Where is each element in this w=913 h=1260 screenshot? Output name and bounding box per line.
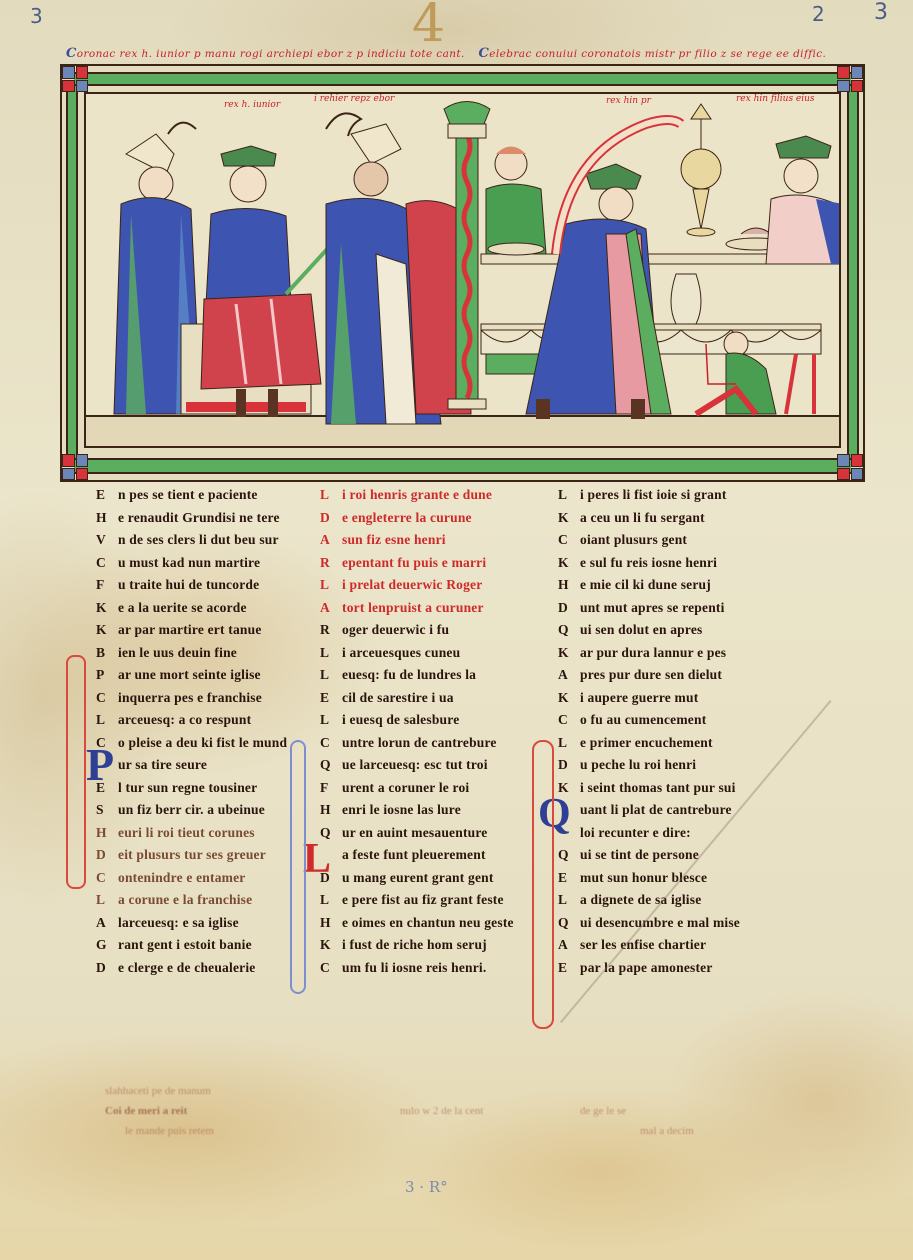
verse-initial: C: [558, 529, 580, 552]
verse-text: enri le iosne las lure: [342, 802, 461, 817]
verse-line: Heuri li roi tieut corunes: [96, 822, 287, 845]
verse-text: oiant plusurs gent: [580, 532, 687, 547]
verse-line: Ki aupere guerre mut: [558, 687, 740, 710]
verse-text: tort lenpruist a curuner: [342, 600, 484, 615]
verse-line: Roger deuerwic i fu: [320, 619, 514, 642]
verse-text: ser les enfise chartier: [580, 937, 706, 952]
bleed-through-text: Coi de meri a reit: [105, 1105, 187, 1117]
frame-green-bottom: [74, 458, 851, 474]
label-archbishop: i rehier repz ebor: [314, 94, 394, 104]
verse-initial: K: [96, 597, 118, 620]
verse-text: larceuesq: e sa iglise: [118, 915, 239, 930]
verse-initial: H: [320, 799, 342, 822]
shelfmark-pencil: 3 · R°: [405, 1178, 448, 1196]
verse-initial: R: [320, 619, 342, 642]
verse-initial: V: [96, 529, 118, 552]
verse-text: i peres li fist ioie si grant: [580, 487, 727, 502]
verse-text: untre lorun de cantrebure: [342, 735, 497, 750]
verse-line: Li prelat deuerwic Roger: [320, 574, 514, 597]
verse-line: Vn de ses clers li dut beu sur: [96, 529, 287, 552]
folio-number-right-a: 2: [812, 2, 825, 26]
verse-line: Li peres li fist ioie si grant: [558, 484, 740, 507]
verse-text: o fu au cumencement: [580, 712, 706, 727]
verse-initial: Q: [558, 619, 580, 642]
text-column-3: Li peres li fist ioie si grantKa ceu un …: [558, 484, 740, 979]
verse-initial: C: [96, 687, 118, 710]
verse-line: Atort lenpruist a curuner: [320, 597, 514, 620]
verse-line: Pur sa tire seure: [96, 754, 287, 777]
verse-text: ien le uus deuin fine: [118, 645, 237, 660]
verse-initial: D: [558, 597, 580, 620]
text-column-2: Li roi henris grante e duneDe engleterre…: [320, 484, 514, 979]
verse-initial: K: [320, 934, 342, 957]
verse-line: Qui sen dolut en apres: [558, 619, 740, 642]
verse-text: n de ses clers li dut beu sur: [118, 532, 279, 547]
verse-line: Ke a la uerite se acorde: [96, 597, 287, 620]
rubric-initial-1: C: [66, 46, 77, 61]
verse-initial: C: [320, 732, 342, 755]
verse-initial: A: [96, 912, 118, 935]
label-son-king: rex hin filius eius: [736, 94, 815, 104]
verse-text: oger deuerwic i fu: [342, 622, 449, 637]
verse-line: La dignete de sa iglise: [558, 889, 740, 912]
verse-line: La feste funt pleuerement: [320, 844, 514, 867]
verse-text: n pes se tient e paciente: [118, 487, 258, 502]
verse-initial: E: [558, 867, 580, 890]
verse-text: e renaudit Grundisi ne tere: [118, 510, 280, 525]
verse-line: Quant li plat de cantrebure: [558, 799, 740, 822]
verse-text: uant li plat de cantrebure: [580, 802, 732, 817]
verse-text: unt mut apres se repenti: [580, 600, 725, 615]
verse-line: Repentant fu puis e marri: [320, 552, 514, 575]
verse-line: Li arceuesques cuneu: [320, 642, 514, 665]
blue-flourish-middle: [290, 740, 306, 994]
verse-text: i roi henris grante e dune: [342, 487, 492, 502]
verse-text: ui se tint de persone: [580, 847, 699, 862]
bleed-through-text: nulo w 2 de la cent: [400, 1105, 483, 1117]
verse-line: Apres pur dure sen dielut: [558, 664, 740, 687]
verse-initial: L: [320, 574, 342, 597]
verse-line: Ecil de sarestire i ua: [320, 687, 514, 710]
verse-line: Ke sul fu reis iosne henri: [558, 552, 740, 575]
verse-line: Li roi henris grante e dune: [320, 484, 514, 507]
verse-initial: Q: [320, 754, 342, 777]
verse-initial: A: [320, 529, 342, 552]
verse-text: e sul fu reis iosne henri: [580, 555, 717, 570]
verse-line: El tur sun regne tousiner: [96, 777, 287, 800]
verse-initial: R: [320, 552, 342, 575]
verse-initial: L: [558, 484, 580, 507]
verse-text: ontenindre e entamer: [118, 870, 245, 885]
verse-text: i seint thomas tant pur sui: [580, 780, 736, 795]
verse-text: ar une mort seinte iglise: [118, 667, 261, 682]
verse-text: u peche lu roi henri: [580, 757, 696, 772]
verse-line: Sun fiz berr cir. a ubeinue: [96, 799, 287, 822]
text-column-1: En pes se tient e pacienteHe renaudit Gr…: [96, 484, 287, 979]
verse-text: epentant fu puis e marri: [342, 555, 486, 570]
verse-line: De engleterre la curune: [320, 507, 514, 530]
verse-line: Asun fiz esne henri: [320, 529, 514, 552]
verse-initial: A: [320, 597, 342, 620]
verse-text: a corune e la franchise: [118, 892, 252, 907]
verse-text: arceuesq: a co respunt: [118, 712, 251, 727]
verse-line: Du mang eurent grant gent: [320, 867, 514, 890]
rubric-initial-2: C: [479, 46, 490, 61]
bleed-through-text: mal a decim: [640, 1125, 694, 1137]
verse-text: e primer encuchement: [580, 735, 713, 750]
verse-initial: A: [558, 934, 580, 957]
verse-text: a ceu un li fu sergant: [580, 510, 705, 525]
verse-initial: H: [96, 507, 118, 530]
verse-line: Emut sun honur blesce: [558, 867, 740, 890]
verse-initial: L: [320, 889, 342, 912]
verse-line: Le primer encuchement: [558, 732, 740, 755]
verse-text: a feste funt pleuerement: [342, 847, 486, 862]
verse-text: a dignete de sa iglise: [580, 892, 701, 907]
verse-text: e a la uerite se acorde: [118, 600, 247, 615]
verse-initial: K: [558, 687, 580, 710]
verse-line: Larceuesq: a co respunt: [96, 709, 287, 732]
verse-line: Deit plusurs tur ses greuer: [96, 844, 287, 867]
verse-text: i prelat deuerwic Roger: [342, 577, 482, 592]
frame-green-top: [74, 72, 851, 86]
verse-line: De clerge e de cheualerie: [96, 957, 287, 980]
verse-text: ui desencumbre e mal mise: [580, 915, 740, 930]
verse-line: Bien le uus deuin fine: [96, 642, 287, 665]
verse-line: Qui se tint de persone: [558, 844, 740, 867]
bleed-through-text: le mande puis retem: [125, 1125, 214, 1137]
verse-text: u mang eurent grant gent: [342, 870, 494, 885]
rubric-heading: Coronac rex h. iunior p manu rogi archie…: [66, 46, 866, 64]
verse-text: e pere fist au fiz grant feste: [342, 892, 504, 907]
verse-initial: H: [96, 822, 118, 845]
verse-text: e mie cil ki dune seruj: [580, 577, 711, 592]
verse-initial: D: [96, 957, 118, 980]
verse-line: He renaudit Grundisi ne tere: [96, 507, 287, 530]
folio-number-right-b: 3: [874, 0, 888, 25]
verse-text: ur en auint mesauenture: [342, 825, 488, 840]
verse-text: i arceuesques cuneu: [342, 645, 460, 660]
verse-initial: L: [96, 889, 118, 912]
verse-text: ar pur dura lannur e pes: [580, 645, 726, 660]
verse-line: Grant gent i estoit banie: [96, 934, 287, 957]
rubric-text-1: oronac rex h. iunior p manu rogi archiep…: [77, 48, 465, 60]
verse-text: i aupere guerre mut: [580, 690, 698, 705]
verse-initial: G: [96, 934, 118, 957]
verse-initial: S: [96, 799, 118, 822]
verse-line: Par une mort seinte iglise: [96, 664, 287, 687]
corner-ornament-br: [837, 454, 863, 480]
verse-text: e engleterre la curune: [342, 510, 472, 525]
decorated-initial-l: L: [303, 835, 331, 883]
verse-initial: C: [320, 957, 342, 980]
miniature-scene: rex h. iunior i rehier repz ebor rex hin…: [84, 92, 841, 448]
red-flourish-left: [66, 655, 86, 889]
corner-ornament-bl: [62, 454, 88, 480]
verse-initial: K: [96, 619, 118, 642]
verse-text: rant gent i estoit banie: [118, 937, 252, 952]
verse-initial: L: [320, 642, 342, 665]
verse-initial: H: [558, 574, 580, 597]
verse-initial: Q: [558, 912, 580, 935]
verse-line: Que larceuesq: esc tut troi: [320, 754, 514, 777]
verse-line: Co pleise a deu ki fist le mund: [96, 732, 287, 755]
decorated-initial-p: P: [86, 738, 114, 791]
corner-ornament-tl: [62, 66, 88, 92]
verse-line: Henri le iosne las lure: [320, 799, 514, 822]
verse-initial: L: [320, 709, 342, 732]
verse-initial: D: [558, 754, 580, 777]
verse-line: He oimes en chantun neu geste: [320, 912, 514, 935]
bleed-through-text: de ge le se: [580, 1105, 626, 1117]
verse-initial: C: [96, 552, 118, 575]
verse-initial: E: [320, 687, 342, 710]
verse-line: Li euesq de salesbure: [320, 709, 514, 732]
verse-initial: F: [96, 574, 118, 597]
bleed-through-text: slahhaceti pe de manum: [105, 1085, 211, 1097]
verse-line: Ka ceu un li fu sergant: [558, 507, 740, 530]
verse-line: Co fu au cumencement: [558, 709, 740, 732]
verse-initial: A: [558, 664, 580, 687]
verse-initial: K: [558, 642, 580, 665]
verse-text: inquerra pes e franchise: [118, 690, 262, 705]
coronation-miniature: rex h. iunior i rehier repz ebor rex hin…: [60, 64, 865, 482]
verse-line: Cum fu li iosne reis henri.: [320, 957, 514, 980]
verse-line: Epar la pape amonester: [558, 957, 740, 980]
verse-text: o pleise a deu ki fist le mund: [118, 735, 287, 750]
verse-initial: L: [558, 732, 580, 755]
verse-text: i euesq de salesbure: [342, 712, 459, 727]
verse-text: e oimes en chantun neu geste: [342, 915, 514, 930]
verse-line: Cuntre lorun de cantrebure: [320, 732, 514, 755]
verse-initial: P: [96, 664, 118, 687]
verse-line: Coiant plusurs gent: [558, 529, 740, 552]
verse-initial: E: [558, 957, 580, 980]
verse-text: euesq: fu de lundres la: [342, 667, 476, 682]
verse-line: Kar pur dura lannur e pes: [558, 642, 740, 665]
verse-line: Alarceuesq: e sa iglise: [96, 912, 287, 935]
verse-line: Cinquerra pes e franchise: [96, 687, 287, 710]
label-rex-h-iunior: rex h. iunior: [224, 100, 280, 110]
verse-text: sun fiz esne henri: [342, 532, 446, 547]
verse-text: eit plusurs tur ses greuer: [118, 847, 266, 862]
verse-text: euri li roi tieut corunes: [118, 825, 255, 840]
verse-line: He mie cil ki dune seruj: [558, 574, 740, 597]
verse-initial: L: [320, 664, 342, 687]
verse-initial: L: [96, 709, 118, 732]
verse-initial: L: [558, 889, 580, 912]
verse-text: i fust de riche hom seruj: [342, 937, 487, 952]
folio-number-left: 3: [30, 4, 43, 28]
verse-initial: D: [320, 507, 342, 530]
verse-text: ui sen dolut en apres: [580, 622, 702, 637]
verse-initial: C: [96, 867, 118, 890]
corner-ornament-tr: [837, 66, 863, 92]
verse-line: Leuesq: fu de lundres la: [320, 664, 514, 687]
verse-line: En pes se tient e paciente: [96, 484, 287, 507]
verse-line: Furent a coruner le roi: [320, 777, 514, 800]
verse-text: ue larceuesq: esc tut troi: [342, 757, 488, 772]
verse-line: Le pere fist au fiz grant feste: [320, 889, 514, 912]
verse-line: Fu traite hui de tuncorde: [96, 574, 287, 597]
verse-text: ur sa tire seure: [118, 757, 207, 772]
verse-line: La corune e la franchise: [96, 889, 287, 912]
label-father-king: rex hin pr: [606, 96, 651, 106]
red-flourish-right: [532, 740, 554, 1029]
verse-line: Contenindre e entamer: [96, 867, 287, 890]
verse-line: Qur en auint mesauenture: [320, 822, 514, 845]
verse-text: l tur sun regne tousiner: [118, 780, 257, 795]
coronation-scene-illustration: [86, 94, 841, 446]
frame-green-right: [847, 86, 859, 458]
verse-text: u must kad nun martire: [118, 555, 260, 570]
verse-line: Kar par martire ert tanue: [96, 619, 287, 642]
verse-initial: Q: [558, 844, 580, 867]
verse-line: Dunt mut apres se repenti: [558, 597, 740, 620]
verse-text: loi recunter e dire:: [580, 825, 691, 840]
verse-initial: H: [320, 912, 342, 935]
verse-text: u traite hui de tuncorde: [118, 577, 259, 592]
verse-text: cil de sarestire i ua: [342, 690, 454, 705]
verse-text: ar par martire ert tanue: [118, 622, 262, 637]
verse-initial: E: [96, 484, 118, 507]
verse-initial: L: [320, 484, 342, 507]
verse-text: um fu li iosne reis henri.: [342, 960, 486, 975]
verse-initial: B: [96, 642, 118, 665]
verse-line: Cu must kad nun martire: [96, 552, 287, 575]
verse-text: un fiz berr cir. a ubeinue: [118, 802, 265, 817]
verse-line: Du peche lu roi henri: [558, 754, 740, 777]
verse-text: e clerge e de cheualerie: [118, 960, 255, 975]
verse-line: Ki seint thomas tant pur sui: [558, 777, 740, 800]
verse-text: urent a coruner le roi: [342, 780, 469, 795]
verse-initial: C: [558, 709, 580, 732]
frame-green-left: [66, 86, 78, 458]
verse-text: pres pur dure sen dielut: [580, 667, 722, 682]
verse-initial: D: [96, 844, 118, 867]
verse-initial: K: [558, 507, 580, 530]
verse-line: Aser les enfise chartier: [558, 934, 740, 957]
verse-line: Ki fust de riche hom seruj: [320, 934, 514, 957]
rubric-text-2: elebrac conuiui coronatois mistr pr fili…: [489, 48, 826, 60]
verse-initial: K: [558, 552, 580, 575]
verse-initial: F: [320, 777, 342, 800]
